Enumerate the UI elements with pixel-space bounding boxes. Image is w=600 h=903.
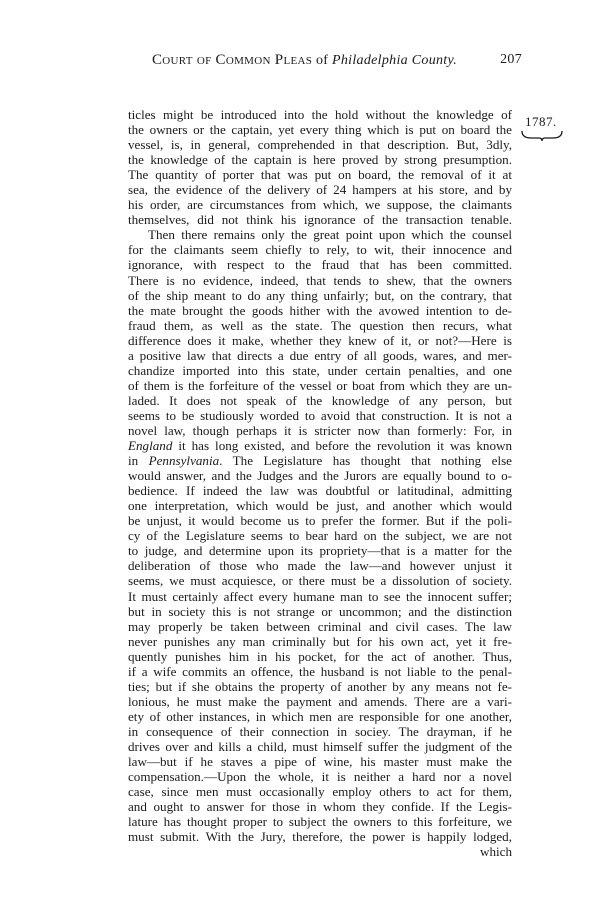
text-line: if a wife commits an offence, the husban… <box>128 664 512 679</box>
text-line: may properly be taken between criminal a… <box>128 619 512 634</box>
page-number: 207 <box>500 52 522 68</box>
text-line: chandize imported into this state, under… <box>128 363 512 378</box>
text-line: the knowledge of the captain is here pro… <box>128 152 512 167</box>
text-line: would answer, and the Judges and the Jur… <box>128 468 512 483</box>
text-line: lature has thought proper to subject the… <box>128 814 512 829</box>
text-line: lonious, he must make the payment and am… <box>128 694 512 709</box>
running-head-of: of <box>316 53 328 68</box>
italic-proper-noun: Pennsylvania <box>149 453 220 468</box>
running-head: Court of Common Pleas of Philadelphia Co… <box>152 52 522 72</box>
text-line: England it has long existed, and before … <box>128 438 512 453</box>
text-line: of the ship meant to do any thing unfair… <box>128 288 512 303</box>
text-line: in consequence of their connection in so… <box>128 724 512 739</box>
running-head-court: Court of Common Pleas <box>152 52 312 68</box>
text-line: seems to be studiously worded to avoid t… <box>128 408 512 423</box>
text-line: case, since men must occasionally employ… <box>128 784 512 799</box>
text-line: ties; but if she obtains the property of… <box>128 679 512 694</box>
margin-year-note: 1787. <box>525 114 557 130</box>
text-line: sea, the evidence of the delivery of 24 … <box>128 182 512 197</box>
text-line: drives over and kills a child, must hims… <box>128 739 512 754</box>
text-line: and ought to answer for those in whom th… <box>128 799 512 814</box>
text-line: cy of the Legislature seems to bear hard… <box>128 528 512 543</box>
text-line: his order, are circumstances from which,… <box>128 197 512 212</box>
text-line: novel law, though perhaps it is stricter… <box>128 423 512 438</box>
text-line: deliberation of those who made the law—a… <box>128 558 512 573</box>
text-line: laded. It does not speak of the knowledg… <box>128 393 512 408</box>
text-line: compensation.—Upon the whole, it is neit… <box>128 769 512 784</box>
text-line: never punishes any man criminally but fo… <box>128 634 512 649</box>
text-line: the owners or the captain, yet every thi… <box>128 122 512 137</box>
catchword: which <box>128 844 512 859</box>
text-line: law—but if he staves a pipe of wine, his… <box>128 754 512 769</box>
text-line: to judge, and determine upon its proprie… <box>128 543 512 558</box>
text-line: but in society this is not strange or un… <box>128 604 512 619</box>
text-line: It must certainly affect every humane ma… <box>128 589 512 604</box>
running-head-county: Philadelphia County. <box>332 53 457 68</box>
text-line: of them is the forfeiture of the vessel … <box>128 378 512 393</box>
text-line: a positive law that directs a due entry … <box>128 348 512 363</box>
text-line: themselves, did not think his ignorance … <box>128 212 512 227</box>
text-line: difference does it make, whether they kn… <box>128 333 512 348</box>
text-line: quently punishes him in his pocket, for … <box>128 649 512 664</box>
text-line: There is no evidence, indeed, that tends… <box>128 273 512 288</box>
text-line: one interpretation, which would be just,… <box>128 498 512 513</box>
text-line: must submit. With the Jury, therefore, t… <box>128 829 512 844</box>
text-line: ticles might be introduced into the hold… <box>128 107 512 122</box>
text-line: Then there remains only the great point … <box>128 227 512 242</box>
text-line: fraud them, as well as the state. The qu… <box>128 318 512 333</box>
book-page: Court of Common Pleas of Philadelphia Co… <box>0 0 600 903</box>
text-line: the mate brought the goods hither with t… <box>128 303 512 318</box>
text-line: ety of other instances, in which men are… <box>128 709 512 724</box>
margin-brace-icon <box>521 130 563 142</box>
text-line: vessel, is, in general, comprehended in … <box>128 137 512 152</box>
text-line: bedience. If indeed the law was doubtful… <box>128 483 512 498</box>
text-line: be unjust, it would become us to prefer … <box>128 513 512 528</box>
text-line: seems, we must acquiesce, or there must … <box>128 573 512 588</box>
text-line: The quantity of porter that was put on b… <box>128 167 512 182</box>
text-line: for the claimants seem chiefly to rely, … <box>128 242 512 257</box>
body-text: ticles might be introduced into the hold… <box>128 107 512 859</box>
text-line: in Pennsylvania. The Legislature has tho… <box>128 453 512 468</box>
text-line: ignorance, with respect to the fraud tha… <box>128 257 512 272</box>
italic-proper-noun: England <box>128 438 172 453</box>
